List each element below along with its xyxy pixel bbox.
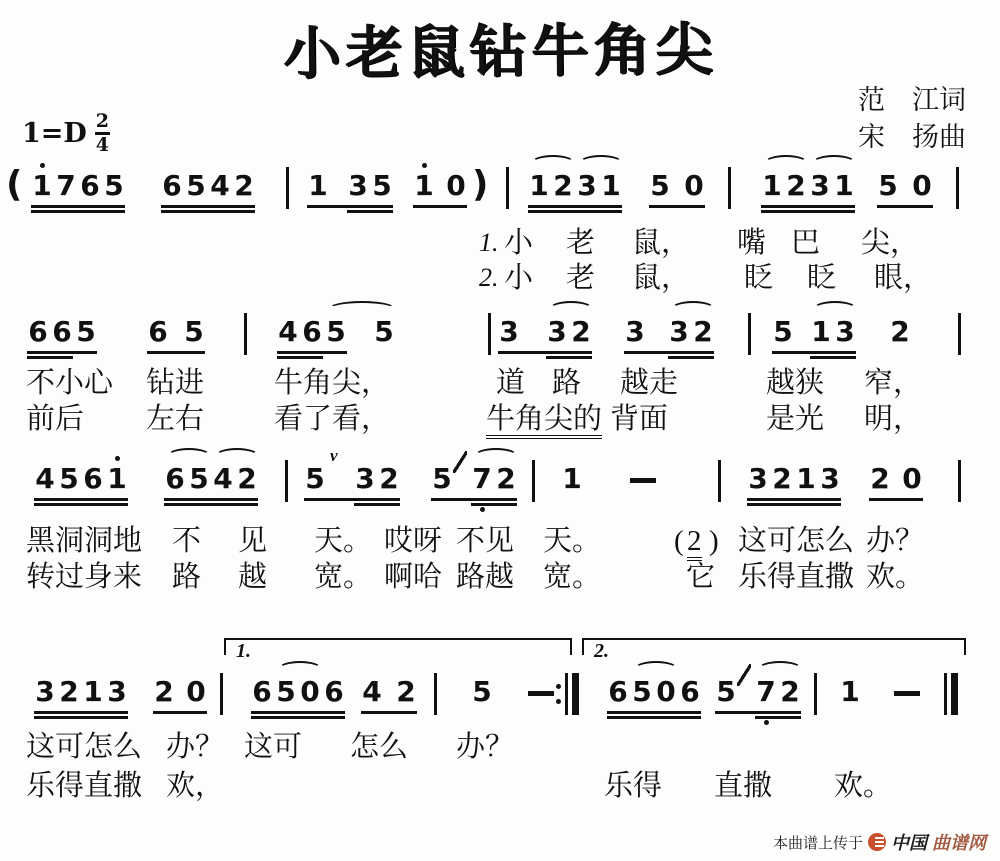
note: 3 <box>746 463 770 495</box>
note: 2 <box>569 316 593 348</box>
beam-underline-2 <box>277 356 323 359</box>
note: 5 <box>102 170 126 202</box>
barline <box>814 673 817 715</box>
lyric-syllable: 宽。 <box>543 561 601 593</box>
slur-arc <box>328 301 396 317</box>
beam-underline-2 <box>34 716 128 719</box>
beam-underline <box>251 711 345 714</box>
barline <box>532 460 535 502</box>
note: 2 <box>232 170 256 202</box>
note: 2 <box>784 170 808 202</box>
volta-bracket: 1. <box>224 638 572 655</box>
slur-arc <box>813 301 857 317</box>
note: 2 <box>778 676 802 708</box>
music-site-logo-icon <box>868 833 886 851</box>
time-signature: 2 4 <box>95 112 110 155</box>
note: 6 <box>300 316 324 348</box>
repeat-dots <box>556 684 561 704</box>
octave-dot-above <box>115 456 120 461</box>
note-group: 42 <box>360 676 418 708</box>
note: 1 <box>794 463 818 495</box>
slur-arc <box>549 301 593 317</box>
note: 0 <box>900 463 924 495</box>
final-barline <box>944 673 958 715</box>
beam-underline <box>877 205 933 208</box>
lyric-syllable: 宽。 <box>314 561 372 593</box>
note: 0 <box>184 676 208 708</box>
beam-underline <box>772 351 856 354</box>
note: 0 <box>298 676 322 708</box>
note: 6 <box>606 676 630 708</box>
lyric-syllable: 前后 <box>26 403 84 435</box>
note: 3 <box>808 170 832 202</box>
slur-arc <box>758 661 802 677</box>
slur-arc <box>671 301 715 317</box>
note: 5 <box>274 676 298 708</box>
note: 3 <box>346 170 370 202</box>
lyric-syllable: 这可 <box>244 731 302 763</box>
lyric-syllable: 道 <box>496 367 525 399</box>
beam-underline <box>27 351 97 354</box>
note-group: 3213 <box>746 463 842 495</box>
beam-underline-2 <box>810 356 856 359</box>
note: 2 <box>235 463 259 495</box>
lyric-syllable: 直撒 <box>714 770 772 802</box>
note: 2 <box>691 316 715 348</box>
beam-underline-2 <box>755 716 801 719</box>
note-group: 332 <box>623 316 715 348</box>
lyrics-row: 前后左右看了看，牛角尖的背面是光明， <box>0 403 1000 439</box>
lyric-syllable: 乐得直撒 <box>738 561 854 593</box>
note-group: 1231 <box>760 170 856 202</box>
lyric-syllable: 转过身来 <box>26 561 142 593</box>
note: 1 <box>560 463 584 495</box>
beam-underline <box>147 351 205 354</box>
lyric-syllable: 欢， <box>166 770 224 802</box>
note: 1 <box>809 316 833 348</box>
note: 7 <box>470 463 494 495</box>
note: 3 <box>667 316 691 348</box>
lyric-syllable: 眨 <box>744 262 773 294</box>
note-group: 5 <box>470 676 494 708</box>
beam-underline-2 <box>27 356 73 359</box>
beam-underline <box>161 205 255 208</box>
sheet-music-page: 小老鼠钻牛角尖 范 江词 宋 扬曲 1=D 2 4 1.2. (17656542… <box>0 0 1000 861</box>
note-group: 10 <box>412 170 468 202</box>
note: 1 <box>412 170 436 202</box>
lyric-syllable: 小 <box>504 227 533 259</box>
note: 6 <box>322 676 346 708</box>
repeat-dot <box>556 699 561 704</box>
octave-dot-below <box>480 507 485 512</box>
lyric-syllable: 明， <box>864 403 922 435</box>
beam-underline <box>153 711 207 714</box>
note: 1 <box>838 676 862 708</box>
beam-underline <box>277 351 347 354</box>
lyric-syllable: 牛角尖的 <box>486 403 602 439</box>
lyric-syllable: 天。 <box>314 525 372 557</box>
note: 1 <box>105 463 129 495</box>
lyric-syllable: 越狭 <box>766 367 824 399</box>
note: 2 <box>868 463 892 495</box>
watermark: 本曲谱上传于 中国 曲谱网 <box>773 829 986 855</box>
note-group: 2 <box>888 316 912 348</box>
watermark-prefix: 本曲谱上传于 <box>773 832 863 853</box>
barline <box>286 167 289 209</box>
lyrics-row: 2.小老鼠，眨眨眼， <box>0 262 1000 298</box>
lyric-syllable: 路 <box>552 367 581 399</box>
lyric-syllable: 路 <box>172 561 201 593</box>
slide-mark <box>453 451 467 473</box>
barline <box>244 313 247 355</box>
note: 1 <box>832 170 856 202</box>
note: 1 <box>306 170 330 202</box>
note: 5 <box>324 316 348 348</box>
note: 5 <box>430 463 454 495</box>
barline <box>285 460 288 502</box>
note: 0 <box>682 170 706 202</box>
note: 1 <box>81 676 105 708</box>
lyric-syllable: 尖， <box>861 227 919 259</box>
note-group: 50 <box>648 170 706 202</box>
note: 5 <box>184 170 208 202</box>
lyric-syllable: 小 <box>504 262 533 294</box>
slur-arc <box>764 155 808 171</box>
lyric-syllable: 欢。 <box>866 561 924 593</box>
note: 6 <box>678 676 702 708</box>
note: 2 <box>888 316 912 348</box>
note-group: 572 <box>714 676 802 708</box>
music-line: 6656546553323325132 <box>0 316 1000 362</box>
slur-arc <box>812 155 856 171</box>
note-group: 65 <box>146 316 206 348</box>
note-group: 665 <box>26 316 98 348</box>
note: 3 <box>33 676 57 708</box>
note-group: 6542 <box>163 463 259 495</box>
note: 3 <box>623 316 647 348</box>
note: 3v <box>353 463 377 495</box>
thick-barline <box>572 673 579 715</box>
lyric-syllable: 啊哈 <box>384 561 442 593</box>
beam-underline <box>307 205 393 208</box>
note-group: 572 <box>430 463 518 495</box>
note: 2 <box>57 676 81 708</box>
lyric-syllable: 办？ <box>166 731 224 763</box>
beam-underline <box>361 711 417 714</box>
breath-mark: v <box>330 446 338 466</box>
barline <box>958 313 961 355</box>
note: 6 <box>163 463 187 495</box>
barline <box>958 460 961 502</box>
lyric-syllable: 它 <box>686 561 715 593</box>
note: 2 <box>770 463 794 495</box>
lyrics-row: 不小心钻进牛角尖，道路越走越狭窄， <box>0 367 1000 403</box>
lyric-syllable: 牛角尖， <box>274 367 390 399</box>
beam-underline-2 <box>354 503 400 506</box>
note: 5 <box>57 463 81 495</box>
beam-underline <box>869 498 923 501</box>
volta-bracket: 2. <box>582 638 966 655</box>
beam-underline-2 <box>528 210 622 213</box>
beam-underline-2 <box>747 503 841 506</box>
note: 6 <box>146 316 170 348</box>
composer-credit: 宋 扬曲 <box>858 119 966 156</box>
barline <box>956 167 959 209</box>
lyric-syllable: 不小心 <box>26 367 113 399</box>
lyric-syllable: 背面 <box>610 403 668 435</box>
lyric-syllable: 乐得直撒 <box>26 770 142 802</box>
lyric-syllable: 天。 <box>543 525 601 557</box>
lyric-syllable: 欢。 <box>834 770 892 802</box>
note: 1 <box>527 170 551 202</box>
beam-underline-2 <box>251 716 345 719</box>
note: 5 <box>74 316 98 348</box>
note-group: 6542 <box>160 170 256 202</box>
beam-underline <box>747 498 841 501</box>
note: 3 <box>833 316 857 348</box>
beam-underline <box>34 711 128 714</box>
note: 5 <box>372 316 396 348</box>
lyric-syllable: 乐得 <box>604 770 662 802</box>
lyric-syllable: 怎么 <box>350 731 408 763</box>
note-group: 53v2 <box>303 463 401 495</box>
key-time-signature: 1=D 2 4 <box>22 112 110 155</box>
note: 0 <box>910 170 934 202</box>
note-group: 1 <box>560 463 584 495</box>
note: 4 <box>208 170 232 202</box>
note: 3 <box>497 316 521 348</box>
beam-underline-2 <box>347 210 393 213</box>
beam-underline-2 <box>31 210 125 213</box>
lyric-syllable: 窄， <box>864 367 922 399</box>
lyrics-row: 1.小老鼠，嘴巴尖， <box>0 227 1000 263</box>
volta-label: 1. <box>236 640 570 662</box>
beam-underline <box>715 711 801 714</box>
beam-underline <box>34 498 128 501</box>
slur-arc <box>215 448 259 464</box>
lyric-syllable: 钻进 <box>146 367 204 399</box>
lyric-syllable: 见 <box>238 525 267 557</box>
note: 0 <box>654 676 678 708</box>
lyric-syllable: ( <box>674 525 684 557</box>
slide-mark <box>737 664 751 686</box>
note: 3 <box>575 170 599 202</box>
barline <box>506 167 509 209</box>
music-line: (1765654213510)123150123150 <box>0 170 1000 216</box>
slur-arc <box>531 155 575 171</box>
note: 5 <box>303 463 327 495</box>
octave-dot-above <box>40 163 45 168</box>
note-group: 1765 <box>30 170 126 202</box>
lyric-syllable: 越走 <box>620 367 678 399</box>
beam-underline <box>31 205 125 208</box>
lyric-syllable: 老 <box>566 227 595 259</box>
note-group: 6506 <box>250 676 346 708</box>
credits: 范 江词 宋 扬曲 <box>858 82 966 156</box>
note-group: 20 <box>868 463 924 495</box>
note-group: 1231 <box>527 170 623 202</box>
note: 4 <box>211 463 235 495</box>
lyric-syllable: 办？ <box>866 525 924 557</box>
music-line: 4561654253v25721321320 <box>0 463 1000 509</box>
beam-underline-2 <box>668 356 714 359</box>
note: 6 <box>250 676 274 708</box>
thin-barline <box>565 673 568 715</box>
note: 6 <box>26 316 50 348</box>
key-signature: 1=D <box>22 118 87 149</box>
beam-underline <box>649 205 705 208</box>
note-group: 513 <box>771 316 857 348</box>
note: 6 <box>81 463 105 495</box>
barline <box>488 313 491 355</box>
note: 5 <box>182 316 206 348</box>
note: 1 <box>760 170 784 202</box>
watermark-brand-cn: 中国 <box>891 829 927 855</box>
note: 5 <box>771 316 795 348</box>
beam-underline <box>431 498 517 501</box>
lyrics-row: 这可怎么办？这可怎么办？ <box>0 731 1000 767</box>
barline <box>434 673 437 715</box>
beam-underline <box>164 498 258 501</box>
slur-arc <box>634 661 678 677</box>
lyric-syllable: 嘴 <box>737 227 766 259</box>
repeat-end-barline <box>556 673 579 715</box>
dash-note <box>528 691 554 696</box>
note: 6 <box>160 170 184 202</box>
beam-underline <box>761 205 855 208</box>
slur-arc <box>278 661 322 677</box>
lyric-syllable: 不见 <box>456 525 514 557</box>
lyric-syllable: 1. <box>479 227 499 259</box>
lyric-syllable: 2 <box>687 525 702 561</box>
slur-arc <box>579 155 623 171</box>
watermark-brand-suffix: 曲谱网 <box>932 829 986 855</box>
lyric-syllable: 鼠， <box>632 227 690 259</box>
lyric-syllable: 这可怎么 <box>26 731 142 763</box>
note: 2 <box>551 170 575 202</box>
note: 1 <box>599 170 623 202</box>
beam-underline <box>528 205 622 208</box>
beam-underline-2 <box>761 210 855 213</box>
thin-barline <box>944 673 947 715</box>
music-line: 321320650642565065721 <box>0 676 1000 722</box>
note: 7 <box>754 676 778 708</box>
dash-note <box>630 478 656 483</box>
note-group: 50 <box>876 170 934 202</box>
lyric-syllable: 黑洞洞地 <box>26 525 142 557</box>
beam-underline <box>304 498 400 501</box>
barline <box>220 673 223 715</box>
note: 3 <box>105 676 129 708</box>
note-group: 135 <box>306 170 394 202</box>
note: 5 <box>370 170 394 202</box>
note: 2 <box>494 463 518 495</box>
note: 5 <box>714 676 738 708</box>
lyric-syllable: 看了看， <box>274 403 390 435</box>
note: 6 <box>50 316 74 348</box>
note-group: 20 <box>152 676 208 708</box>
beam-underline <box>607 711 701 714</box>
slur-arc <box>167 448 211 464</box>
lyric-syllable: 这可怎么 <box>738 525 854 557</box>
note: 3 <box>818 463 842 495</box>
octave-dot-below <box>764 720 769 725</box>
lyric-syllable: 路越 <box>456 561 514 593</box>
note: 3 <box>545 316 569 348</box>
barline <box>718 460 721 502</box>
time-signature-numerator: 2 <box>96 112 109 131</box>
note-group: 3213 <box>33 676 129 708</box>
parenthesis: ( <box>6 164 22 205</box>
beam-underline-2 <box>471 503 517 506</box>
note: 2 <box>152 676 176 708</box>
note: 6 <box>78 170 102 202</box>
lyricist-credit: 范 江词 <box>858 82 966 119</box>
barline <box>728 167 731 209</box>
lyric-syllable: 巴 <box>791 227 820 259</box>
lyric-syllable: 左右 <box>146 403 204 435</box>
beam-underline <box>498 351 592 354</box>
beam-underline-2 <box>34 503 128 506</box>
lyrics-row: 转过身来路越宽。啊哈路越宽。它乐得直撒欢。 <box>0 561 1000 597</box>
note: 4 <box>360 676 384 708</box>
barline <box>748 313 751 355</box>
note: 5 <box>630 676 654 708</box>
time-signature-denominator: 4 <box>96 136 109 155</box>
lyric-syllable: 越 <box>238 561 267 593</box>
lyrics-row: 乐得直撒欢，乐得直撒欢。 <box>0 770 1000 806</box>
note: 5 <box>470 676 494 708</box>
lyric-syllable: 老 <box>566 262 595 294</box>
repeat-dot <box>556 684 561 689</box>
lyric-syllable: 眼， <box>874 262 932 294</box>
beam-underline <box>413 205 467 208</box>
note: 4 <box>276 316 300 348</box>
note: 4 <box>33 463 57 495</box>
slur-arc <box>474 448 518 464</box>
parenthesis: ) <box>472 164 488 205</box>
lyric-syllable: 办？ <box>456 731 514 763</box>
note-group: 6506 <box>606 676 702 708</box>
note: 7 <box>54 170 78 202</box>
note-group: 4561 <box>33 463 129 495</box>
lyric-syllable: 是光 <box>766 403 824 435</box>
lyric-syllable: 哎呀 <box>384 525 442 557</box>
lyric-syllable: 眨 <box>807 262 836 294</box>
note: 2 <box>377 463 401 495</box>
beam-underline-2 <box>546 356 592 359</box>
lyric-syllable: 鼠， <box>632 262 690 294</box>
note: 0 <box>444 170 468 202</box>
dash-note <box>894 691 920 696</box>
note: 5 <box>876 170 900 202</box>
beam-underline-2 <box>607 716 701 719</box>
octave-dot-above <box>422 163 427 168</box>
lyrics-row: 黑洞洞地不见天。哎呀不见天。(2)这可怎么办？ <box>0 525 1000 561</box>
thick-barline <box>951 673 958 715</box>
beam-underline-2 <box>161 210 255 213</box>
lyric-syllable: 不 <box>172 525 201 557</box>
note: 1 <box>30 170 54 202</box>
note-group: 4655 <box>276 316 396 348</box>
note-group: 332 <box>497 316 593 348</box>
lyric-syllable: ) <box>709 525 719 557</box>
beam-underline-2 <box>164 503 258 506</box>
note: 2 <box>394 676 418 708</box>
volta-label: 2. <box>594 640 964 662</box>
page-title: 小老鼠钻牛角尖 <box>0 1 1000 93</box>
note: 5 <box>648 170 672 202</box>
